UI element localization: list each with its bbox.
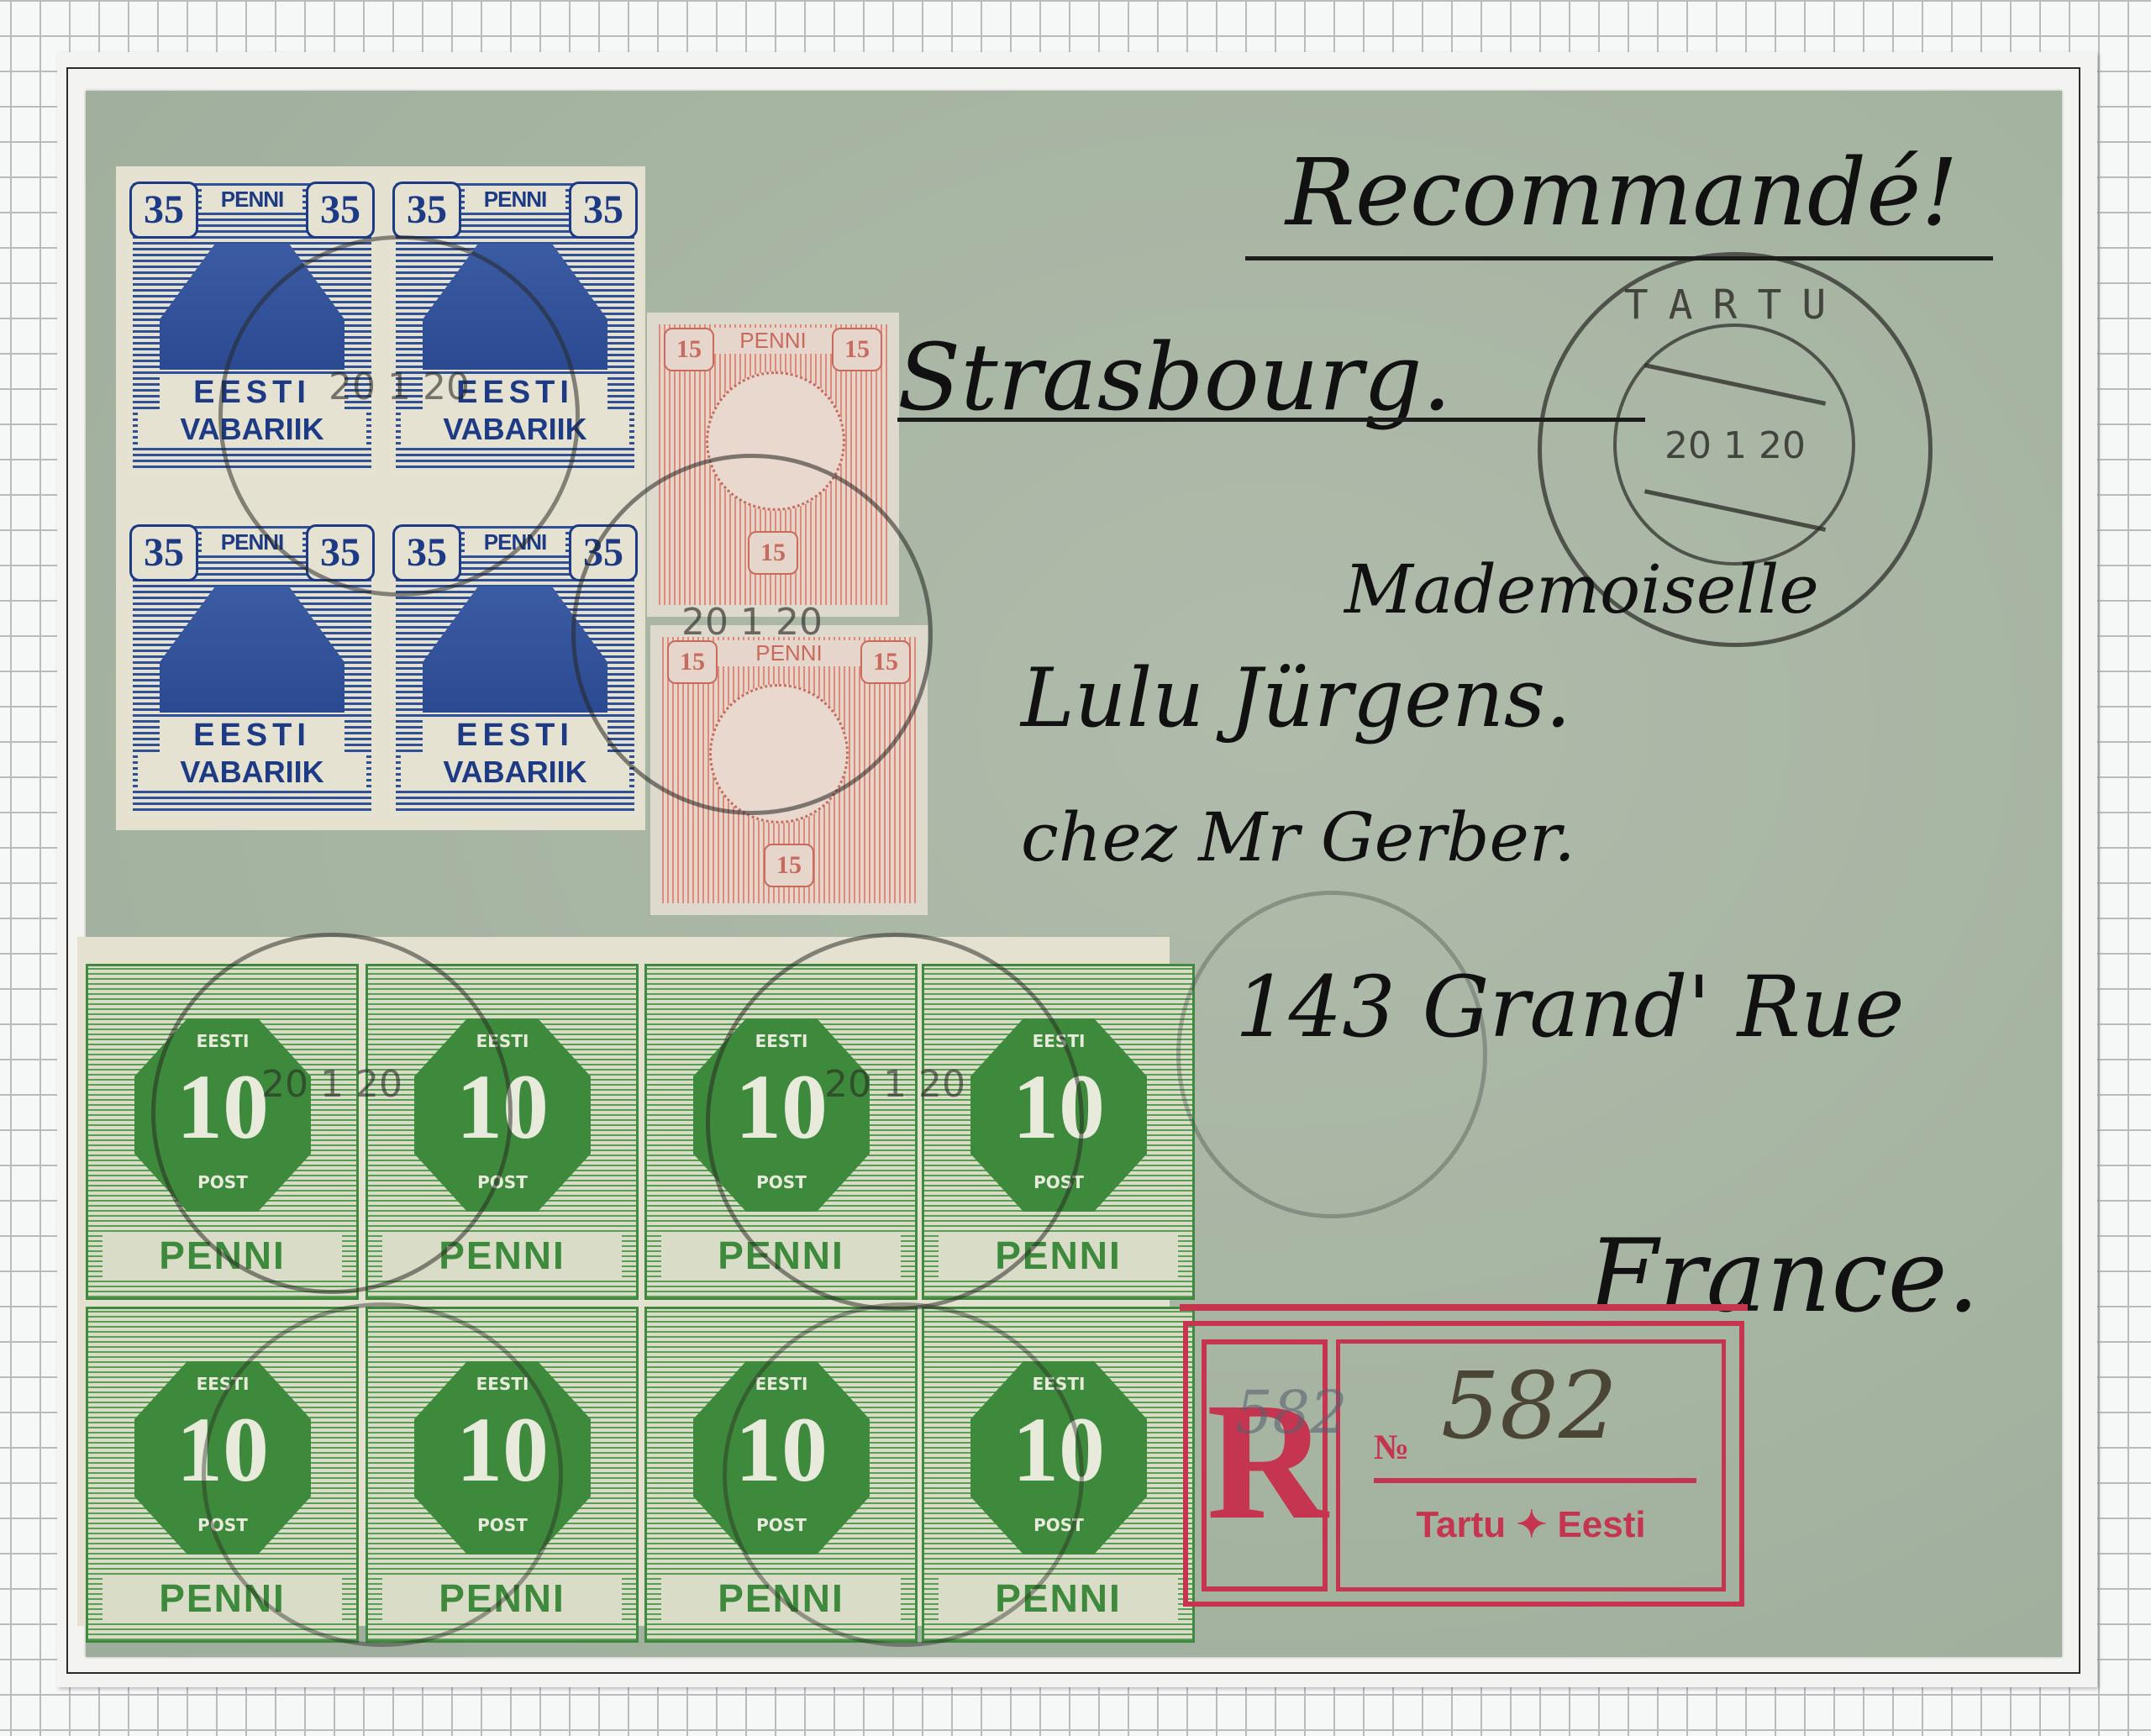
postmark-tartu: 20 1 20 — [218, 235, 580, 597]
street-line: 143 Grand' Rue — [1235, 958, 1905, 1056]
postmark-tartu: 20 1 20 — [151, 933, 513, 1294]
postmark-tartu — [202, 1302, 563, 1647]
registration-label: R № 582 Tartu ✦ Eesti — [1183, 1321, 1744, 1607]
postmark-tartu: 20 1 20 — [706, 933, 1084, 1311]
postmark-tartu: 20 1 20 — [571, 454, 933, 815]
city-line: Strasbourg. — [897, 324, 1452, 431]
recipient-name: Lulu Jürgens. — [1021, 651, 1571, 745]
salutation: Mademoiselle — [1344, 550, 1819, 629]
registration-number: 582 — [1441, 1352, 1617, 1460]
service-underline — [1245, 256, 1993, 260]
country-line: France. — [1588, 1218, 1980, 1335]
postmark-tartu — [723, 1302, 1084, 1647]
city-underline — [897, 418, 1645, 422]
care-of-line: chez Mr Gerber. — [1021, 798, 1575, 876]
service-label: Recommandé! — [1286, 139, 1959, 246]
pencil-note: 582 — [1235, 1378, 1348, 1447]
